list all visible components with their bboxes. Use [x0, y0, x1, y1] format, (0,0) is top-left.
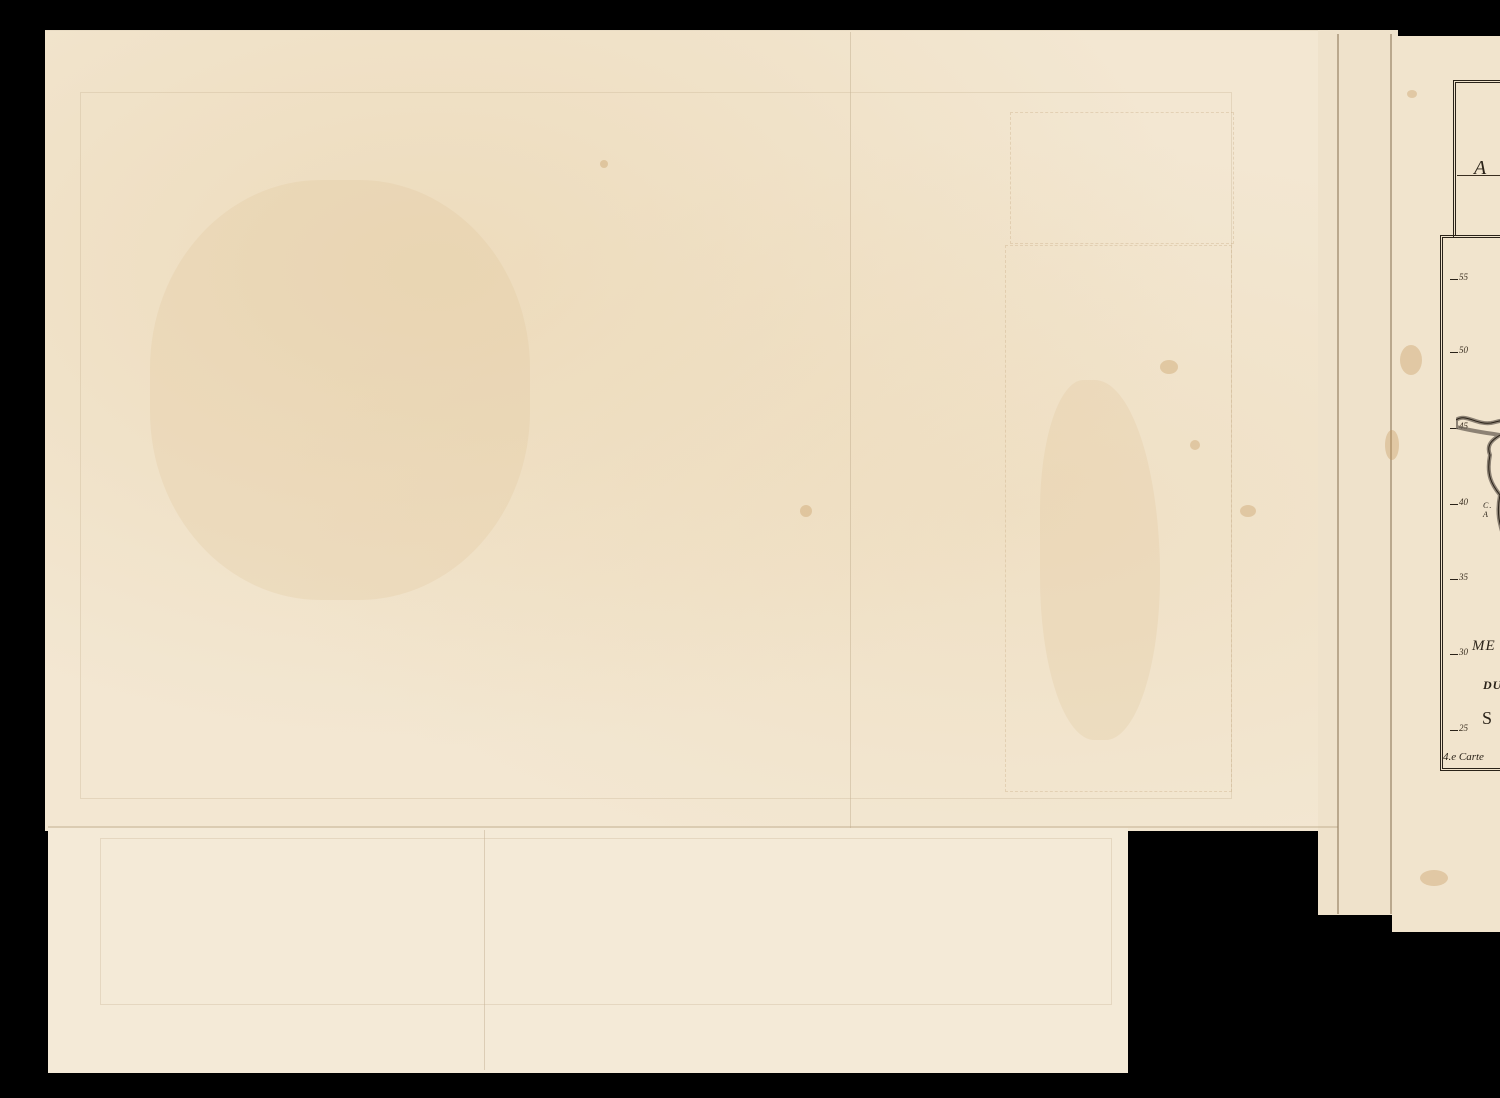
latitude-tick [1450, 279, 1458, 280]
latitude-label: 25 [1459, 723, 1468, 733]
show-through-title-cartouche [1010, 112, 1234, 244]
foxing-spot [800, 505, 812, 517]
foxing-spot [600, 160, 608, 168]
foxing-spot [1400, 345, 1422, 375]
foxing-spot [1240, 505, 1256, 517]
latitude-label: 30 [1459, 647, 1468, 657]
latitude-tick [1450, 352, 1458, 353]
latitude-label: 55 [1459, 272, 1468, 282]
foxing-spot [1385, 430, 1399, 460]
latitude-tick [1450, 730, 1458, 731]
cape-label: C. A [1483, 501, 1500, 519]
foxing-spot [1407, 90, 1417, 98]
foxing-spot [1160, 360, 1178, 374]
latitude-label: 50 [1459, 345, 1468, 355]
coastline-shading [1456, 395, 1500, 595]
foxing-spot [1420, 870, 1448, 886]
latitude-tick [1450, 654, 1458, 655]
sea-label-line-3: S [1482, 708, 1493, 729]
show-through-landmass [150, 180, 530, 600]
gutter-line-1 [1337, 34, 1339, 914]
horizontal-fold-line [48, 826, 1338, 828]
sea-label-line-2: DU [1483, 678, 1500, 693]
plate-caption: 4.e Carte [1443, 751, 1484, 763]
fold-gutter-panel [1318, 30, 1398, 915]
gutter-line-2 [1390, 34, 1392, 914]
foxing-spot [1190, 440, 1200, 450]
lower-plate-mark [100, 838, 1112, 1005]
map-title-partial: A [1474, 157, 1487, 180]
sea-label-line-1: ME [1472, 638, 1496, 655]
